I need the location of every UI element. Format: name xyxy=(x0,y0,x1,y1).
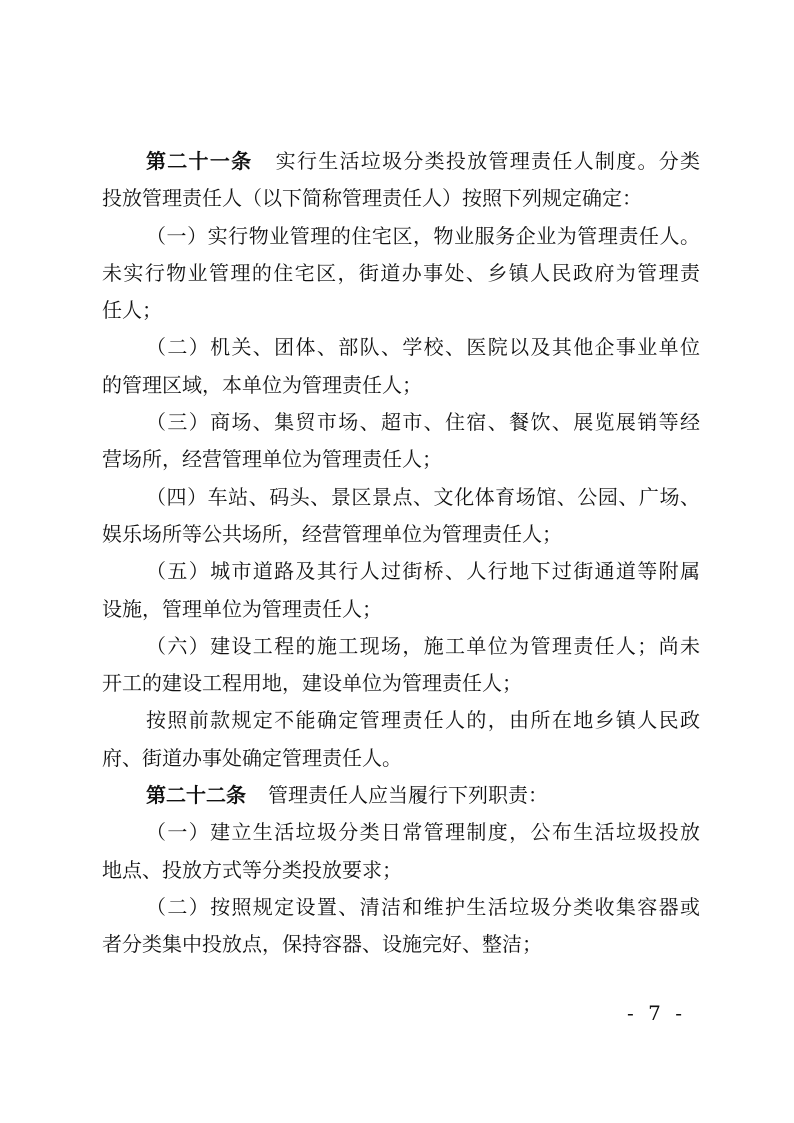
clause-3-line-2: 营场所，经营管理单位为管理责任人； xyxy=(102,441,700,478)
page-number: - 7 - xyxy=(627,1001,686,1025)
clause-6-line-1: （六）建设工程的施工现场，施工单位为管理责任人；尚未 xyxy=(102,628,700,665)
clause-5-line-1: （五）城市道路及其行人过街桥、人行地下过街通道等附属 xyxy=(102,553,700,590)
duty-2-line-2: 者分类集中投放点，保持容器、设施完好、整洁； xyxy=(102,926,700,963)
clause-4-line-1: （四）车站、码头、景区景点、文化体育场馆、公园、广场、 xyxy=(102,479,700,516)
clause-1-line-3: 任人； xyxy=(102,292,700,329)
article-heading: 第二十一条 xyxy=(146,149,252,173)
clause-4-line-2: 娱乐场所等公共场所，经营管理单位为管理责任人； xyxy=(102,516,700,553)
duty-1-line-2: 地点、投放方式等分类投放要求； xyxy=(102,852,700,889)
fallback-paragraph-line-2: 府、街道办事处确定管理责任人。 xyxy=(102,740,700,777)
article-heading: 第二十二条 xyxy=(146,783,246,807)
duty-1-line-1: （一）建立生活垃圾分类日常管理制度，公布生活垃圾投放 xyxy=(102,814,700,851)
clause-6-line-2: 开工的建设工程用地，建设单位为管理责任人； xyxy=(102,665,700,702)
clause-2-line-2: 的管理区域，本单位为管理责任人； xyxy=(102,367,700,404)
clause-2-line-1: （二）机关、团体、部队、学校、医院以及其他企事业单位 xyxy=(102,329,700,366)
clause-3-line-1: （三）商场、集贸市场、超市、住宿、餐饮、展览展销等经 xyxy=(102,404,700,441)
article-21-line-2: 投放管理责任人（以下简称管理责任人）按照下列规定确定： xyxy=(102,180,700,217)
clause-5-line-2: 设施，管理单位为管理责任人； xyxy=(102,591,700,628)
duty-2-line-1: （二）按照规定设置、清洁和维护生活垃圾分类收集容器或 xyxy=(102,889,700,926)
article-21-line-1: 第二十一条实行生活垃圾分类投放管理责任人制度。分类 xyxy=(102,143,700,180)
article-22-line-1: 第二十二条管理责任人应当履行下列职责： xyxy=(102,777,700,814)
clause-1-line-2: 未实行物业管理的住宅区，街道办事处、乡镇人民政府为管理责 xyxy=(102,255,700,292)
document-page: 第二十一条实行生活垃圾分类投放管理责任人制度。分类 投放管理责任人（以下简称管理… xyxy=(102,143,700,964)
clause-1-line-1: （一）实行物业管理的住宅区，物业服务企业为管理责任人。 xyxy=(102,218,700,255)
fallback-paragraph-line-1: 按照前款规定不能确定管理责任人的，由所在地乡镇人民政 xyxy=(102,702,700,739)
